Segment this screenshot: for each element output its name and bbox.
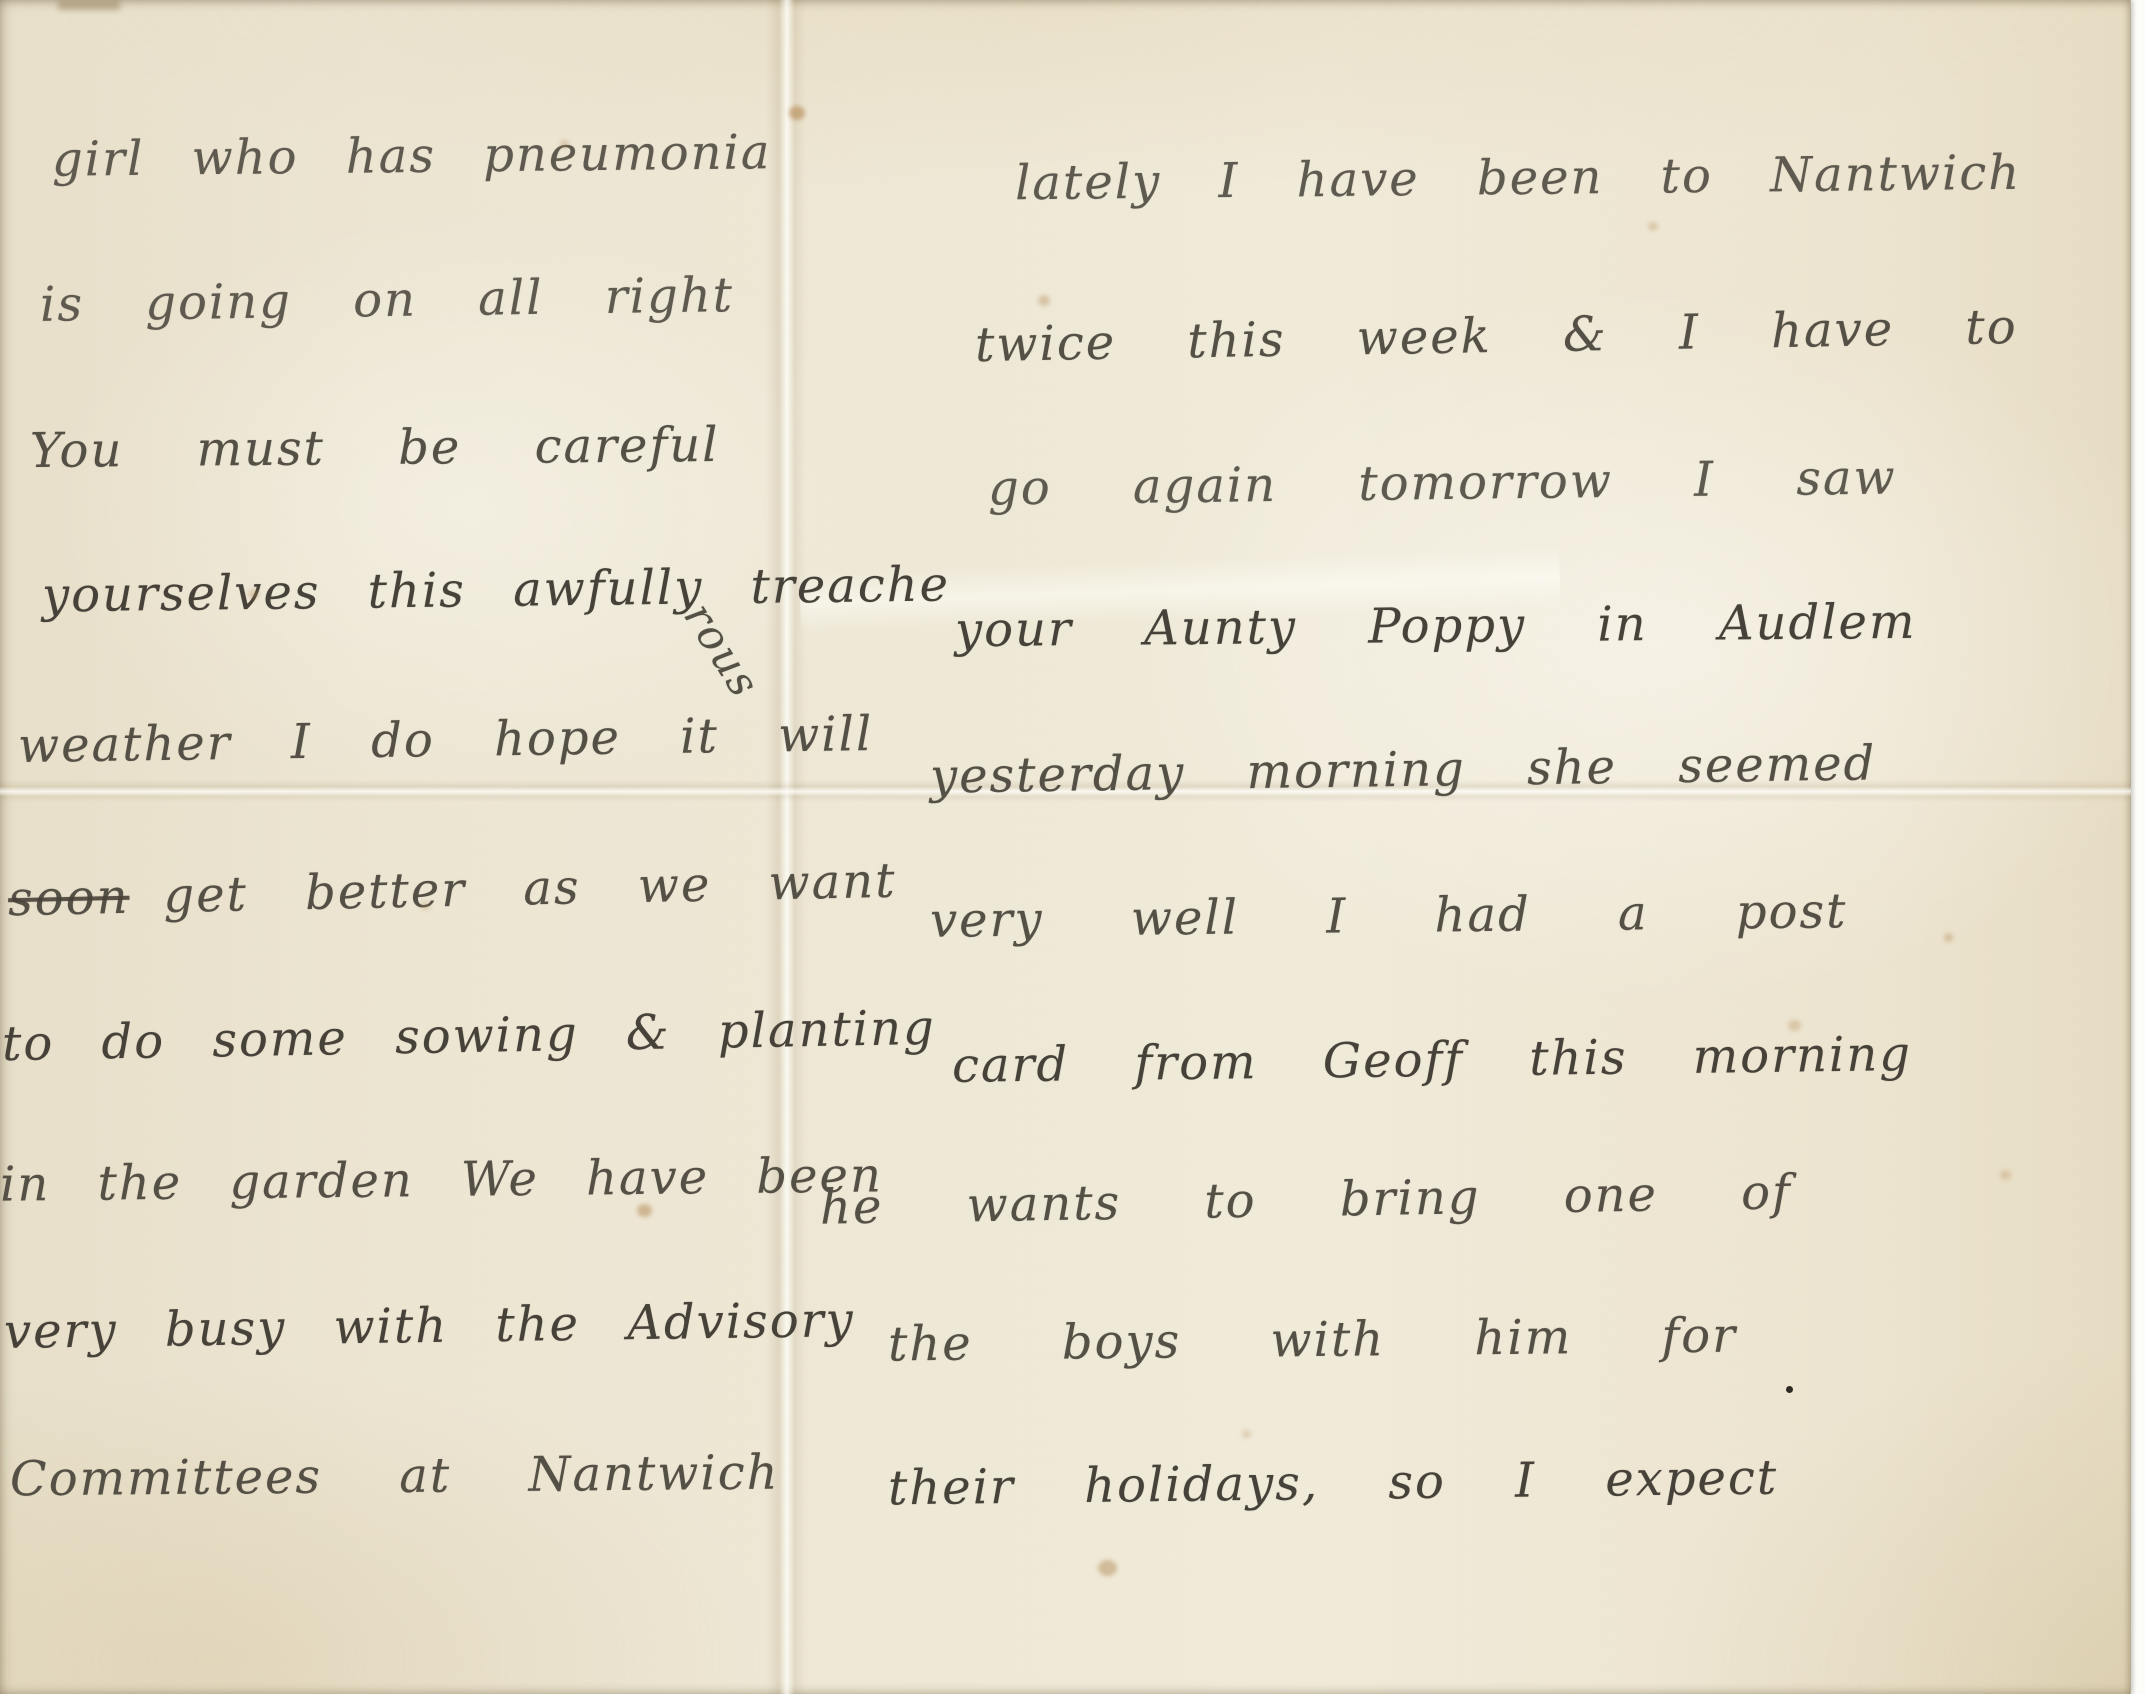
foxing-spot bbox=[560, 140, 569, 148]
foxing-spot bbox=[2000, 1170, 2011, 1180]
foxing-spot bbox=[1038, 295, 1050, 306]
right-page-line-3: go again tomorrow I saw bbox=[988, 449, 1897, 516]
left-page-line-8: in the garden We have been bbox=[0, 1147, 883, 1212]
foxing-spot bbox=[1242, 1430, 1251, 1438]
foxing-spot bbox=[421, 902, 430, 910]
foxing-spot bbox=[789, 106, 805, 120]
ink-dot bbox=[1786, 1386, 1793, 1393]
vertical-fold-crease bbox=[766, 0, 806, 1694]
letter-scan: { "document": { "left_page": { "lines": … bbox=[0, 0, 2145, 1694]
right-page-line-9: the boys with him for bbox=[888, 1308, 1738, 1373]
left-page-line-5: weather I do hope it will bbox=[18, 706, 874, 774]
left-page-line-2: is going on all right bbox=[40, 267, 735, 333]
left-page-line-10: Committees at Nantwich bbox=[10, 1445, 780, 1508]
right-page-line-7: card from Geoff this morning bbox=[952, 1026, 1913, 1094]
foxing-spot bbox=[1944, 933, 1953, 942]
foxing-spot bbox=[637, 1204, 652, 1217]
foxing-spot bbox=[1648, 222, 1658, 231]
struck-word: soon bbox=[8, 869, 130, 928]
letter-paper bbox=[0, 0, 2131, 1694]
foxing-spot bbox=[1788, 1020, 1801, 1031]
right-page-line-4: your Aunty Poppy in Audlem bbox=[955, 594, 1917, 658]
right-page-line-6: very well I had a post bbox=[930, 883, 1848, 949]
right-page-line-1: lately I have been to Nantwich bbox=[1015, 145, 2022, 212]
left-page-line-1: girl who has pneumonia bbox=[52, 124, 772, 188]
left-page-line-3: You must be careful bbox=[30, 417, 720, 479]
edge-smudge bbox=[58, 0, 120, 10]
foxing-spot bbox=[1098, 1560, 1117, 1576]
left-page-line-4: yourselves this awfully treache bbox=[42, 556, 951, 623]
right-page-line-10: their holidays, so I expect bbox=[888, 1450, 1779, 1517]
left-page-line-9: very busy with the Advisory bbox=[4, 1292, 855, 1360]
foxing-spot bbox=[248, 589, 259, 599]
